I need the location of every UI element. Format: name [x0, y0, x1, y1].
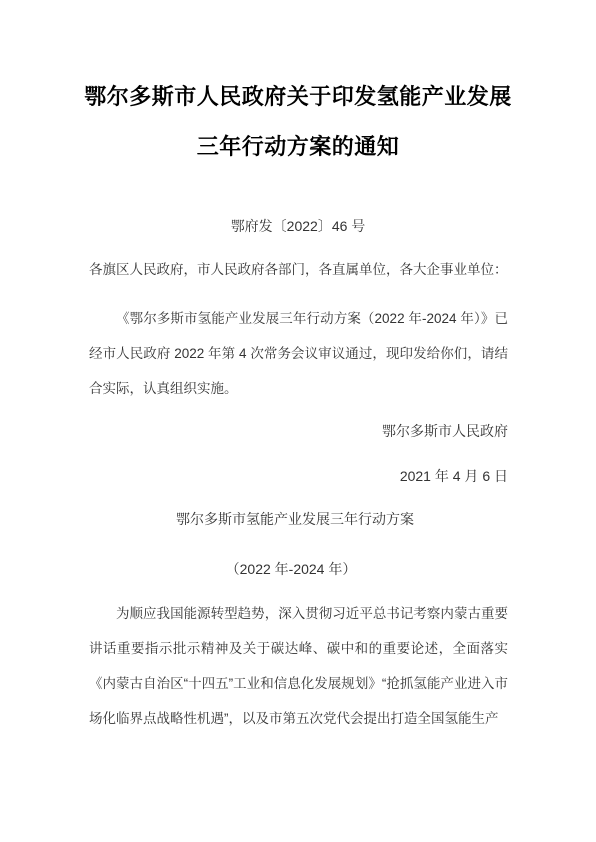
plan-title: 鄂尔多斯市氢能产业发展三年行动方案 — [0, 508, 590, 530]
notice-body-paragraph: 《鄂尔多斯市氢能产业发展三年行动方案（2022 年-2024 年）》已经市人民政… — [89, 301, 508, 406]
plan-intro-paragraph: 为顺应我国能源转型趋势，深入贯彻习近平总书记考察内蒙古重要讲话重要指示批示精神及… — [89, 596, 508, 736]
notice-title: 鄂尔多斯市人民政府关于印发氢能产业发展 三年行动方案的通知 — [40, 72, 556, 172]
notice-title-line-1: 鄂尔多斯市人民政府关于印发氢能产业发展 — [40, 72, 556, 122]
addressee-line: 各旗区人民政府，市人民政府各部门，各直属单位，各大企事业单位： — [89, 259, 508, 281]
document-page: 鄂尔多斯市人民政府关于印发氢能产业发展 三年行动方案的通知 鄂府发〔2022〕4… — [0, 0, 596, 842]
doc-number: 鄂府发〔2022〕46 号 — [0, 215, 596, 237]
plan-years: （2022 年-2024 年） — [0, 558, 582, 580]
notice-title-line-2: 三年行动方案的通知 — [40, 122, 556, 172]
issue-date: 2021 年 4 月 6 日 — [89, 465, 508, 487]
signer-name: 鄂尔多斯市人民政府 — [89, 420, 508, 442]
